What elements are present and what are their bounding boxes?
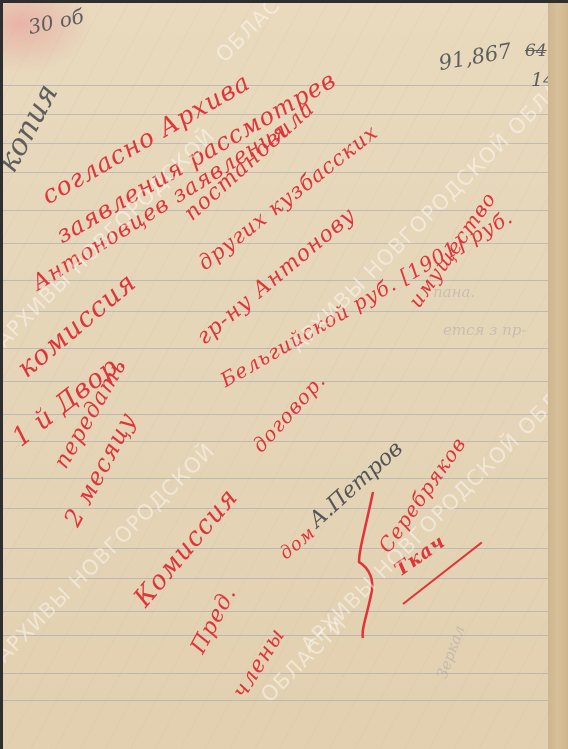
pencil-struck-number: 64 [525, 41, 547, 61]
document-page: пана. ется з пр- Зеркал 30 об копия 91,8… [3, 3, 548, 749]
watermark: ОБЛАСТИ [211, 3, 307, 67]
pencil-corner-note: копия [3, 78, 65, 178]
pencil-archive-number: 91,867 [437, 39, 514, 75]
secretary-label: дом [276, 522, 320, 564]
chairman-label: Пред. [186, 582, 242, 658]
page-edge [548, 3, 568, 749]
ruled-line [3, 85, 548, 86]
ruled-line [3, 611, 548, 612]
bleed-through-text: ется з пр- [443, 321, 526, 339]
